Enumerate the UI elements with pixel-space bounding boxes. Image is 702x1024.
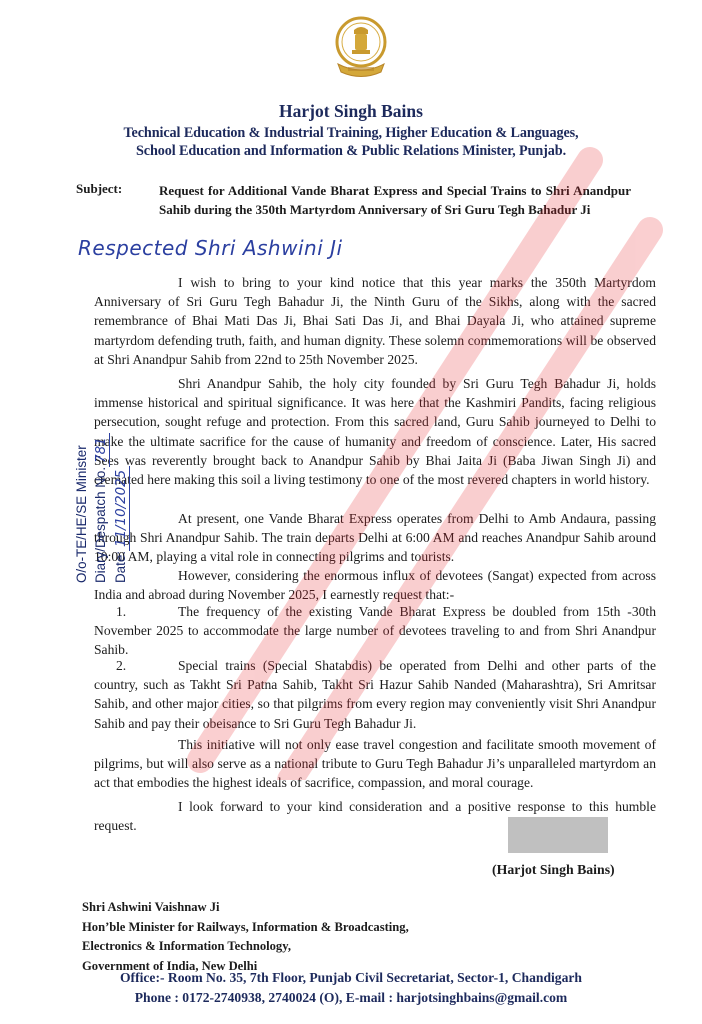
addressee-block: Shri Ashwini Vaishnaw Ji Hon’ble Ministe…: [82, 898, 409, 976]
body-paragraph-4: However, considering the enormous influx…: [94, 566, 656, 604]
footer-contact: Phone : 0172-2740938, 2740024 (O), E-mai…: [0, 990, 702, 1006]
request-number: 2.: [116, 656, 178, 675]
footer-office-address: Office:- Room No. 35, 7th Floor, Punjab …: [0, 970, 702, 986]
letter-page: Harjot Singh Bains Technical Education &…: [0, 0, 702, 1024]
subject-label: Subject:: [76, 181, 122, 197]
signatory-name: (Harjot Singh Bains): [492, 862, 615, 878]
request-item-1: 1.The frequency of the existing Vande Bh…: [94, 602, 656, 660]
stamp-office: O/o-TE/HE/SE Minister: [72, 395, 91, 583]
stamp-diary-label: Diary/Despatch No.: [93, 467, 108, 583]
body-paragraph-1: I wish to bring to your kind notice that…: [94, 273, 656, 369]
request-text: The frequency of the existing Vande Bhar…: [94, 604, 656, 657]
body-paragraph-7: This initiative will not only ease trave…: [94, 735, 656, 793]
request-item-2: 2.Special trains (Special Shatabdis) be …: [94, 656, 656, 733]
stamp-date-line: Date:11/10/2025: [111, 395, 131, 583]
state-emblem-icon: [332, 14, 390, 84]
stamp-date-label: Date:: [113, 551, 128, 583]
addressee-name: Shri Ashwini Vaishnaw Ji: [82, 898, 409, 918]
body-paragraph-2: Shri Anandpur Sahib, the holy city found…: [94, 374, 656, 489]
subject-text: Request for Additional Vande Bharat Expr…: [159, 181, 631, 219]
receipt-stamp: O/o-TE/HE/SE Minister Diary/Despatch No.…: [72, 395, 131, 583]
designation-line-1: Technical Education & Industrial Trainin…: [0, 125, 702, 142]
minister-name: Harjot Singh Bains: [0, 101, 702, 122]
redacted-signature: [508, 817, 608, 853]
designation-line-2: School Education and Information & Publi…: [0, 143, 702, 160]
request-text: Special trains (Special Shatabdis) be op…: [94, 658, 656, 731]
addressee-designation: Hon’ble Minister for Railways, Informati…: [82, 918, 409, 938]
stamp-diary-number: 781: [94, 433, 110, 467]
addressee-designation-cont: Electronics & Information Technology,: [82, 937, 409, 957]
request-number: 1.: [116, 602, 178, 621]
handwritten-salutation: Respected Shri Ashwini Ji: [78, 236, 343, 260]
stamp-date-value: 11/10/2025: [114, 466, 130, 551]
body-paragraph-3: At present, one Vande Bharat Express ope…: [94, 509, 656, 567]
stamp-diary-line: Diary/Despatch No.781: [91, 395, 111, 583]
